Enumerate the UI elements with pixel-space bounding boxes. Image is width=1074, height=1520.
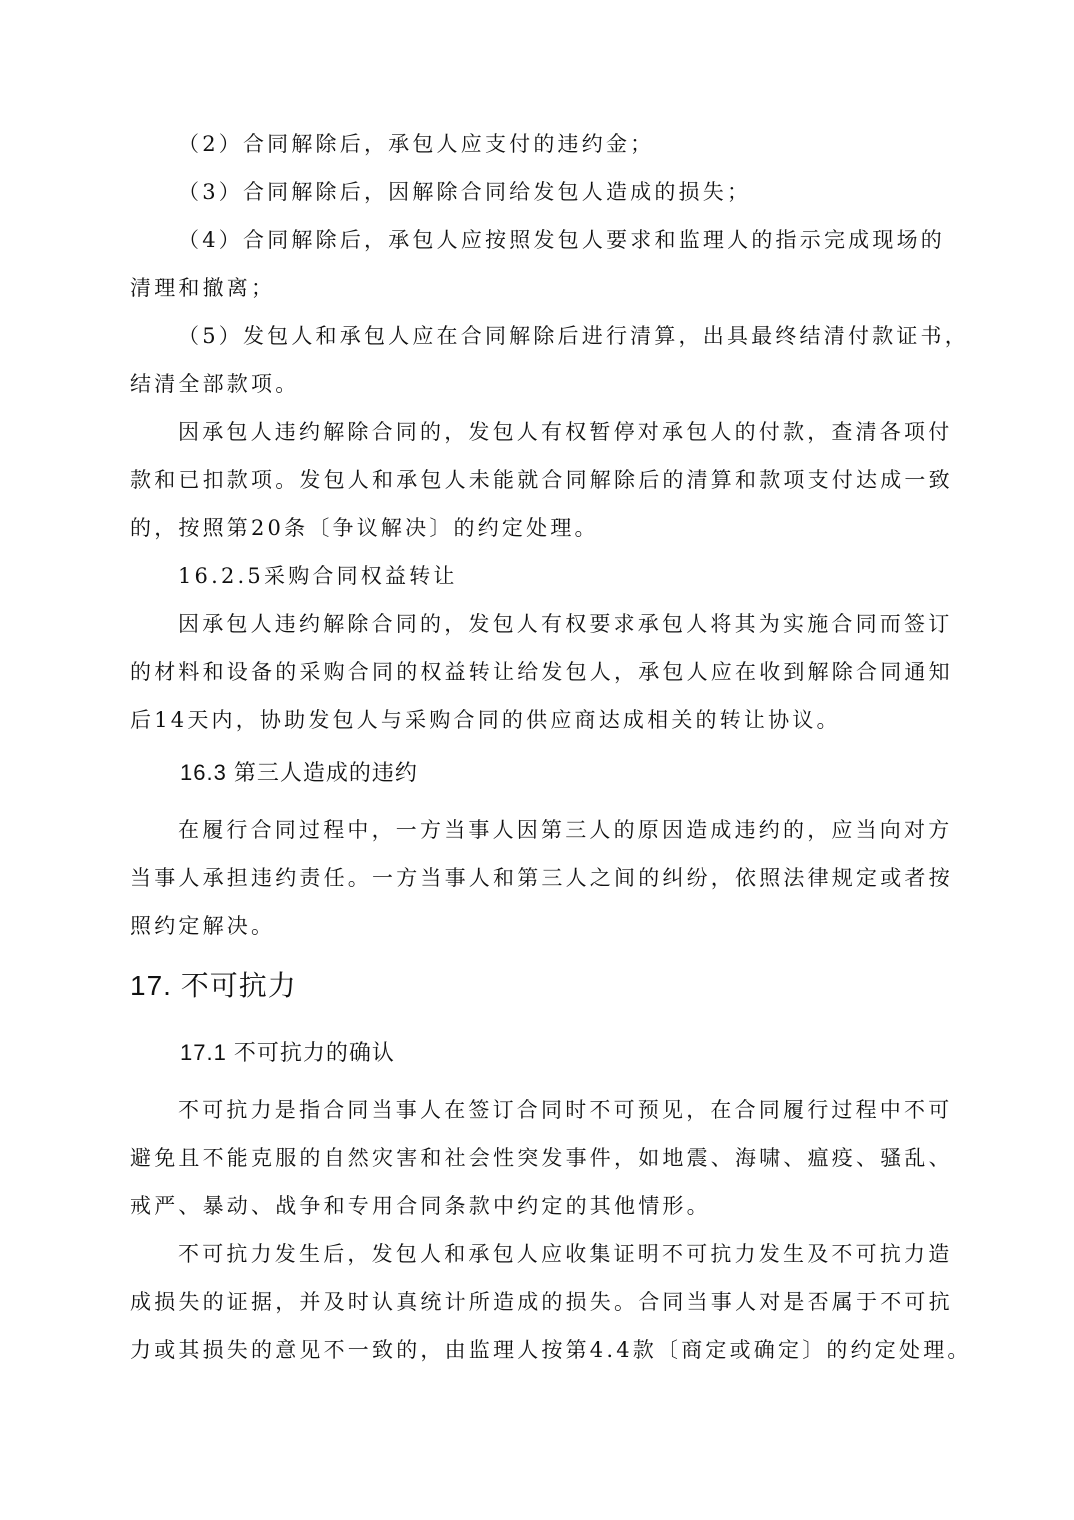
list-item-5-line-1: （5）发包人和承包人应在合同解除后进行清算，出具最终结清付款证书， bbox=[178, 322, 945, 350]
document-page: （2）合同解除后，承包人应支付的违约金； （3）合同解除后，因解除合同给发包人造… bbox=[0, 0, 1074, 1520]
paragraph-line: 款和已扣款项。发包人和承包人未能就合同解除后的清算和款项支付达成一致 bbox=[130, 466, 945, 494]
paragraph-line: 力或其损失的意见不一致的，由监理人按第4.4款〔商定或确定〕的约定处理。 bbox=[130, 1336, 945, 1364]
paragraph-line: 戒严、暴动、战争和专用合同条款中约定的其他情形。 bbox=[130, 1192, 945, 1220]
paragraph-line: 避免且不能克服的自然灾害和社会性突发事件，如地震、海啸、瘟疫、骚乱、 bbox=[130, 1144, 945, 1172]
list-item-4-line-1: （4）合同解除后，承包人应按照发包人要求和监理人的指示完成现场的 bbox=[178, 226, 945, 254]
paragraph-line: 的，按照第20条〔争议解决〕的约定处理。 bbox=[130, 514, 945, 542]
list-item-4-line-2: 清理和撤离； bbox=[130, 274, 945, 302]
paragraph-line: 不可抗力是指合同当事人在签订合同时不可预见，在合同履行过程中不可 bbox=[178, 1096, 945, 1124]
list-item-2: （2）合同解除后，承包人应支付的违约金； bbox=[178, 130, 945, 158]
list-item-5-line-2: 结清全部款项。 bbox=[130, 370, 945, 398]
section-heading-16-3: 16.3 第三人造成的违约 bbox=[180, 758, 418, 788]
paragraph-line: 后14天内，协助发包人与采购合同的供应商达成相关的转让协议。 bbox=[130, 706, 945, 734]
chapter-heading-17: 17. 不可抗力 bbox=[130, 968, 297, 1004]
list-item-3: （3）合同解除后，因解除合同给发包人造成的损失； bbox=[178, 178, 945, 206]
paragraph-line: 成损失的证据，并及时认真统计所造成的损失。合同当事人对是否属于不可抗 bbox=[130, 1288, 945, 1316]
paragraph-line: 当事人承担违约责任。一方当事人和第三人之间的纠纷，依照法律规定或者按 bbox=[130, 864, 945, 892]
paragraph-line: 因承包人违约解除合同的，发包人有权要求承包人将其为实施合同而签订 bbox=[178, 610, 945, 638]
subsection-heading-16-2-5: 16.2.5采购合同权益转让 bbox=[178, 562, 945, 590]
section-heading-17-1: 17.1 不可抗力的确认 bbox=[180, 1038, 395, 1068]
paragraph-line: 在履行合同过程中，一方当事人因第三人的原因造成违约的，应当向对方 bbox=[178, 816, 945, 844]
paragraph-line: 不可抗力发生后，发包人和承包人应收集证明不可抗力发生及不可抗力造 bbox=[178, 1240, 945, 1268]
paragraph-line: 因承包人违约解除合同的，发包人有权暂停对承包人的付款，查清各项付 bbox=[178, 418, 945, 446]
paragraph-line: 的材料和设备的采购合同的权益转让给发包人，承包人应在收到解除合同通知 bbox=[130, 658, 945, 686]
paragraph-line: 照约定解决。 bbox=[130, 912, 945, 940]
